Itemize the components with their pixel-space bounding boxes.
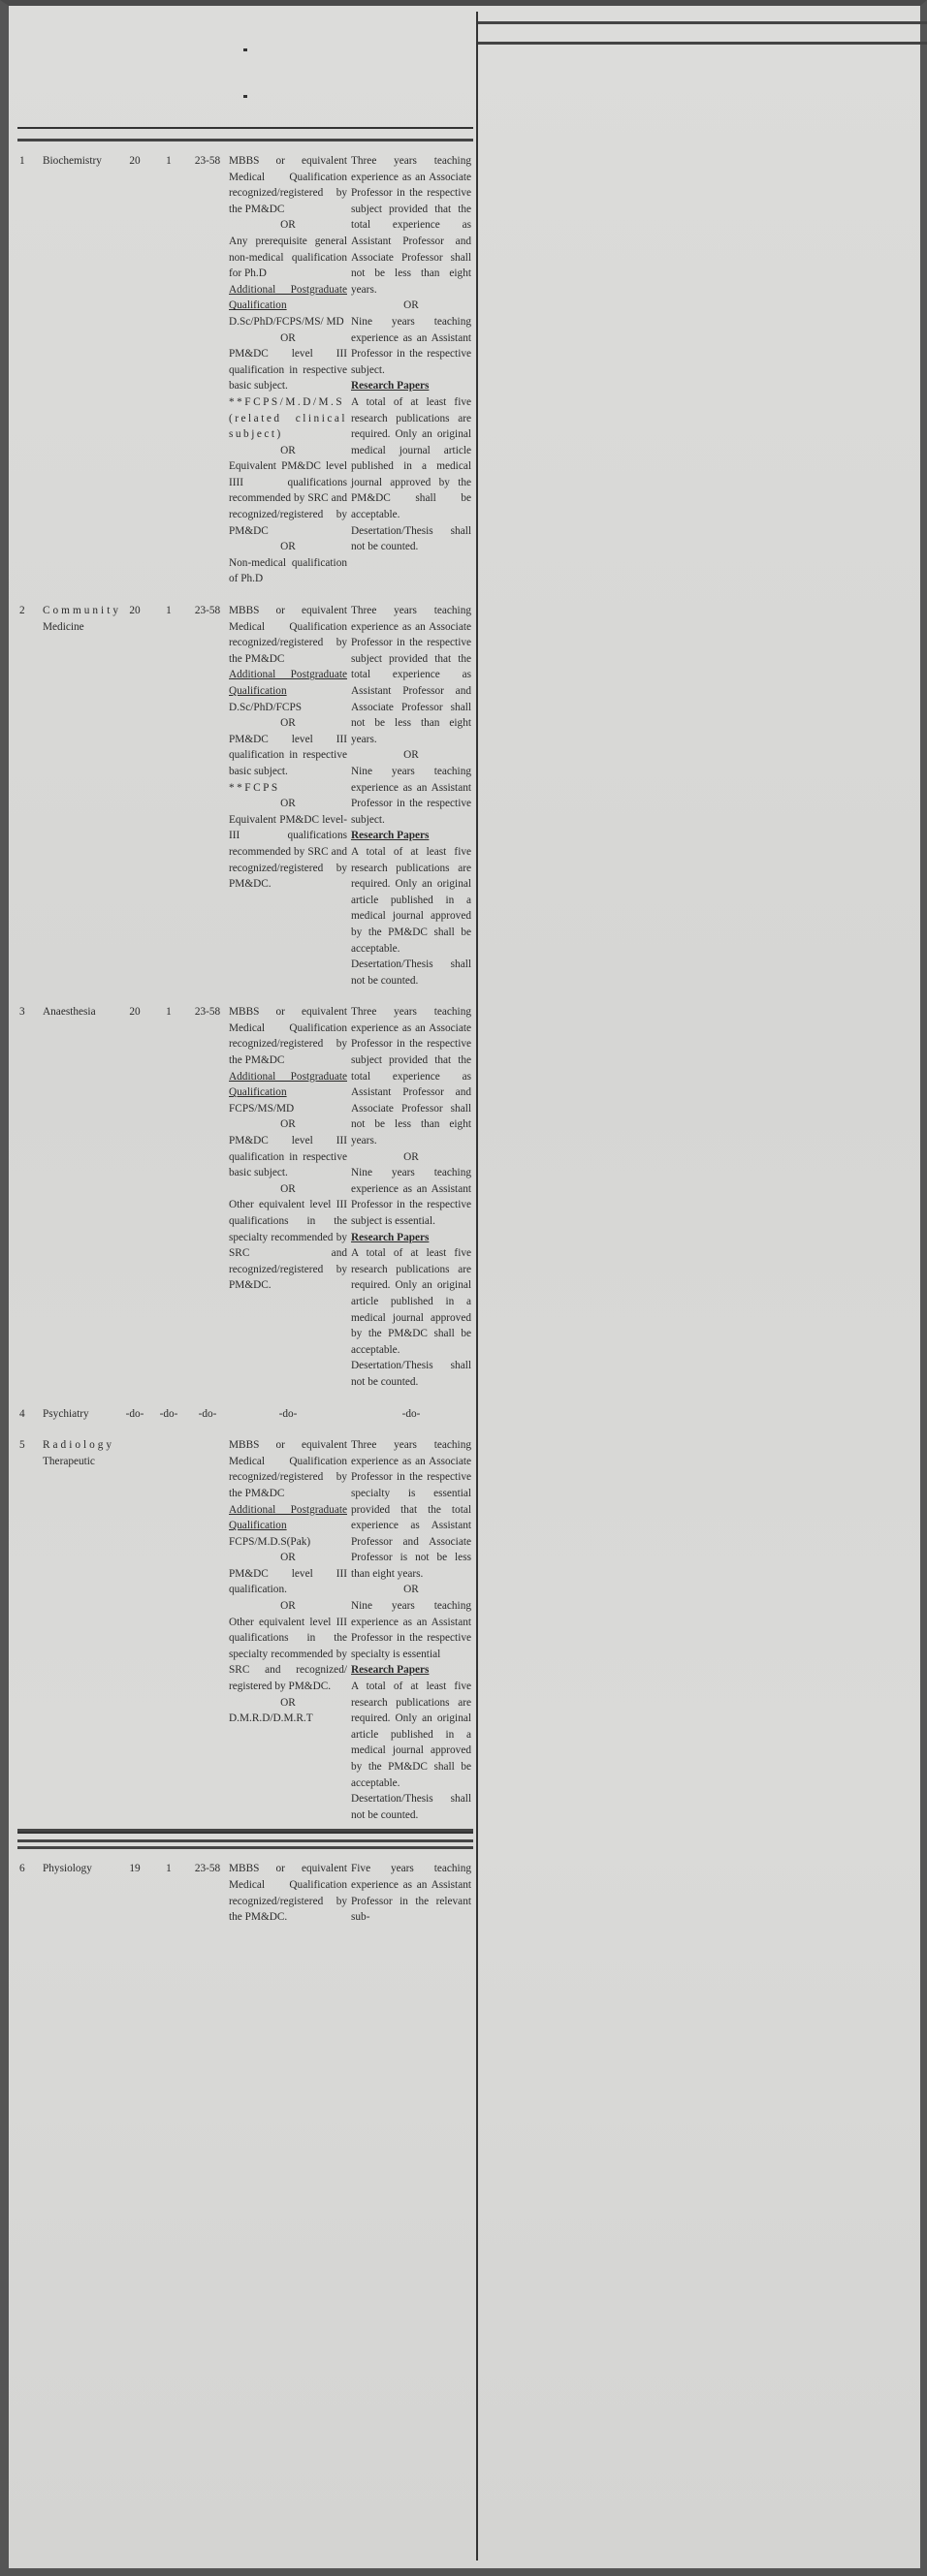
qualification-line: FCPS/M.D.S(Pak) xyxy=(229,1534,347,1551)
title-line-1 xyxy=(243,47,247,51)
or-separator: OR xyxy=(229,217,347,234)
ad-title xyxy=(17,12,473,105)
experience-line: Three years teaching experience as an As… xyxy=(351,1004,471,1148)
experience-cell: Five years teaching experience as an Ass… xyxy=(349,1861,473,1925)
qualification-line: FCPS/MS/MD xyxy=(229,1101,347,1117)
research-papers-heading: Research Papers xyxy=(351,1662,471,1679)
qualification-cell: MBBS or equivalent Medical Qualification… xyxy=(227,153,349,587)
qualification-cell: MBBS or equivalent Medical Qualification… xyxy=(227,1004,349,1390)
qualification-line: PM&DC level III qualification in respect… xyxy=(229,346,347,394)
table-header-row xyxy=(17,128,473,141)
experience-line: A total of at least five research public… xyxy=(351,1245,471,1390)
table-row: 1Biochemistry20123-58MBBS or equivalent … xyxy=(17,153,473,587)
qualification-line: **FCPS xyxy=(229,780,347,797)
or-separator: OR xyxy=(229,330,347,347)
experience-line: Three years teaching experience as an As… xyxy=(351,153,471,298)
serial-number: 1 xyxy=(17,153,41,587)
header-experience xyxy=(808,12,927,23)
header-qualification xyxy=(227,1841,349,1848)
or-separator: OR xyxy=(229,715,347,732)
header-name xyxy=(41,1841,120,1848)
qualification-line: **FCPS/M.D/M.S (related clinical subject… xyxy=(229,394,347,443)
experience-cell: Three years teaching experience as an As… xyxy=(349,603,473,989)
age-limit: 23-58 xyxy=(188,153,227,587)
header-age xyxy=(188,128,227,141)
header-posts xyxy=(149,1841,188,1848)
advertisement-page: 1Biochemistry20123-58MBBS or equivalent … xyxy=(0,0,927,2576)
bps: 20 xyxy=(120,153,149,587)
research-papers-heading: Research Papers xyxy=(351,828,471,844)
qualification-line: D.Sc/PhD/FCPS xyxy=(229,700,347,716)
or-separator: OR xyxy=(229,1695,347,1712)
post-name: Anaesthesia xyxy=(41,1004,120,1390)
header-bps xyxy=(120,1841,149,1848)
subheading: Additional Postgraduate Qualification xyxy=(229,1502,347,1534)
experience-cell: -do- xyxy=(349,1406,473,1423)
age-limit: 23-58 xyxy=(188,603,227,989)
serial-number: 6 xyxy=(17,1861,41,1925)
experience-line: Nine years teaching experience as an Ass… xyxy=(351,1165,471,1229)
qualification-line: MBBS or equivalent Medical Qualification… xyxy=(229,603,347,667)
left-column: 1Biochemistry20123-58MBBS or equivalent … xyxy=(17,12,473,2560)
bps: 20 xyxy=(120,1004,149,1390)
or-separator: OR xyxy=(351,747,471,764)
header-experience xyxy=(349,1841,473,1848)
qualification-cell: MBBS or equivalent Medical Qualification… xyxy=(227,1437,349,1823)
bps: -do- xyxy=(120,1406,149,1423)
experience-line: A total of at least five research public… xyxy=(351,394,471,555)
table-row: 3Anaesthesia20123-58MBBS or equivalent M… xyxy=(17,1004,473,1390)
header-bps xyxy=(581,12,610,23)
qualification-line: MBBS or equivalent Medical Qualification… xyxy=(229,153,347,217)
associate-professors-table-continued xyxy=(478,12,927,36)
qualification-line: MBBS or equivalent Medical Qualification… xyxy=(229,1437,347,1501)
header-age xyxy=(188,1841,227,1848)
header-qualification xyxy=(227,128,349,141)
qualification-line: Non-medical qualification of Ph.D xyxy=(229,555,347,587)
right-column xyxy=(476,12,927,2560)
qualification-line: Other equivalent level III qualification… xyxy=(229,1615,347,1695)
age-limit xyxy=(188,1437,227,1823)
table-row: 5RadiologyTherapeuticMBBS or equivalent … xyxy=(17,1437,473,1823)
post-name: Psychiatry xyxy=(41,1406,120,1423)
table-row: 2CommunityMedicine20123-58MBBS or equiva… xyxy=(17,603,473,989)
qualification-line: D.Sc/PhD/FCPS/MS/ MD xyxy=(229,314,347,330)
post-name: RadiologyTherapeutic xyxy=(41,1437,120,1823)
qualification-line: Other equivalent level III qualification… xyxy=(229,1197,347,1294)
experience-line: Three years teaching experience as an As… xyxy=(351,1437,471,1582)
qualification-line: Equivalent PM&DC level IIII qualificatio… xyxy=(229,458,347,539)
posts-count: 1 xyxy=(149,1861,188,1925)
header-qualification xyxy=(687,12,808,23)
experience-line: A total of at least five research public… xyxy=(351,844,471,989)
serial-number: 2 xyxy=(17,603,41,989)
header-sr xyxy=(478,12,501,23)
header-experience xyxy=(349,128,473,141)
or-separator: OR xyxy=(351,298,471,314)
experience-line: Three years teaching experience as an As… xyxy=(351,603,471,747)
serial-number: 5 xyxy=(17,1437,41,1823)
qualification-line: PM&DC level III qualification. xyxy=(229,1566,347,1598)
experience-cell: Three years teaching experience as an As… xyxy=(349,1437,473,1823)
header-name xyxy=(41,128,120,141)
posts-count: -do- xyxy=(149,1406,188,1423)
qualification-cell: MBBS or equivalent Medical Qualification… xyxy=(227,1861,349,1925)
experience-line: Nine years teaching experience as an Ass… xyxy=(351,764,471,828)
experience-line: A total of at least five research public… xyxy=(351,1679,471,1823)
experience-cell: Three years teaching experience as an As… xyxy=(349,1004,473,1390)
bps: 19 xyxy=(120,1861,149,1925)
associate-section-label xyxy=(17,1833,473,1841)
post-name: CommunityMedicine xyxy=(41,603,120,989)
or-separator: OR xyxy=(229,796,347,812)
subheading: Additional Postgraduate Qualification xyxy=(229,1069,347,1101)
header-name xyxy=(501,12,581,23)
table-row: 4Psychiatry-do--do--do--do--do- xyxy=(17,1406,473,1423)
header-sr xyxy=(17,1841,41,1848)
header-bps xyxy=(120,128,149,141)
or-separator: OR xyxy=(351,1582,471,1598)
post-name: Physiology xyxy=(41,1861,120,1925)
subheading: Additional Postgraduate Qualification xyxy=(229,667,347,699)
or-separator: OR xyxy=(229,1116,347,1133)
table-header-row xyxy=(478,12,927,23)
posts-count: 1 xyxy=(149,603,188,989)
qualification-cell: -do- xyxy=(227,1406,349,1423)
table-row: 6Physiology19123-58MBBS or equivalent Me… xyxy=(17,1861,473,1925)
serial-number: 3 xyxy=(17,1004,41,1390)
research-papers-heading: Research Papers xyxy=(351,378,471,394)
or-separator: OR xyxy=(229,1598,347,1615)
header-posts xyxy=(610,12,649,23)
qualification-cell: MBBS or equivalent Medical Qualification… xyxy=(227,603,349,989)
or-separator: OR xyxy=(229,1181,347,1198)
posts-count xyxy=(149,1437,188,1823)
professors-table: 1Biochemistry20123-58MBBS or equivalent … xyxy=(17,127,473,1823)
or-separator: OR xyxy=(351,1149,471,1166)
post-name: Biochemistry xyxy=(41,153,120,587)
research-papers-heading: Research Papers xyxy=(351,1230,471,1246)
or-separator: OR xyxy=(229,1550,347,1566)
posts-count: 1 xyxy=(149,153,188,587)
qualification-line: PM&DC level III qualification in respect… xyxy=(229,732,347,780)
header-posts xyxy=(149,128,188,141)
bps xyxy=(120,1437,149,1823)
experience-line: Nine years teaching experience as an Ass… xyxy=(351,314,471,378)
experience-cell: Three years teaching experience as an As… xyxy=(349,153,473,587)
table-header-row xyxy=(17,1841,473,1848)
header-sr xyxy=(17,128,41,141)
associate-professors-table: 6Physiology19123-58MBBS or equivalent Me… xyxy=(17,1832,473,1925)
experience-line: Nine years teaching experience as an Ass… xyxy=(351,1598,471,1662)
serial-number: 4 xyxy=(17,1406,41,1423)
general-conditions xyxy=(478,45,927,54)
header-age xyxy=(649,12,687,23)
qualification-line: MBBS or equivalent Medical Qualification… xyxy=(229,1861,347,1925)
posts-count: 1 xyxy=(149,1004,188,1390)
subheading: Additional Postgraduate Qualification xyxy=(229,282,347,314)
experience-line: Five years teaching experience as an Ass… xyxy=(351,1861,471,1925)
qualification-line: Equivalent PM&DC level-III qualification… xyxy=(229,812,347,893)
age-limit: -do- xyxy=(188,1406,227,1423)
bps: 20 xyxy=(120,603,149,989)
qualification-line: Any prerequisite general non-medical qua… xyxy=(229,234,347,282)
age-limit: 23-58 xyxy=(188,1004,227,1390)
age-limit: 23-58 xyxy=(188,1861,227,1925)
qualification-line: D.M.R.D/D.M.R.T xyxy=(229,1711,347,1727)
title-line-2 xyxy=(243,93,247,98)
or-separator: OR xyxy=(229,539,347,555)
or-separator: OR xyxy=(229,443,347,459)
qualification-line: MBBS or equivalent Medical Qualification… xyxy=(229,1004,347,1068)
qualification-line: PM&DC level III qualification in respect… xyxy=(229,1133,347,1181)
